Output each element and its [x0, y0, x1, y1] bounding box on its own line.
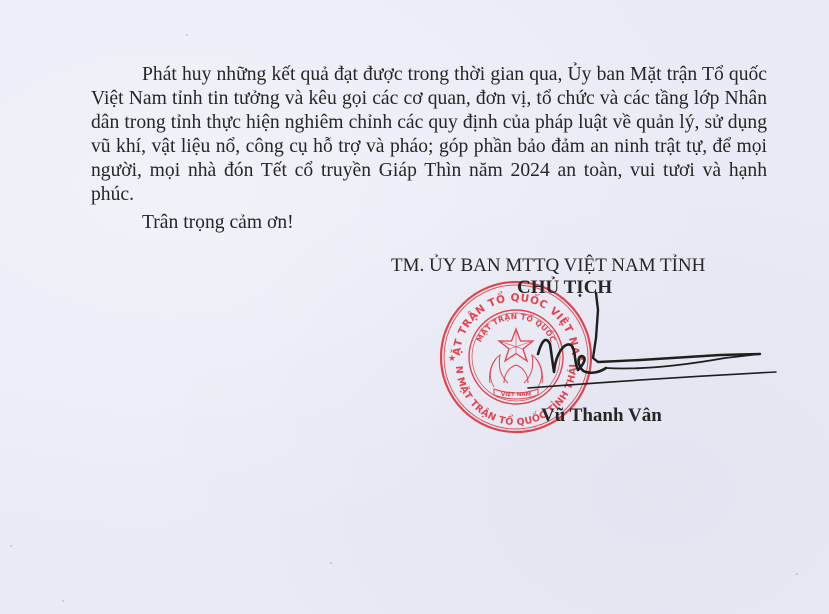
paper-speck: [10, 545, 12, 547]
paper-speck: [62, 600, 64, 602]
signer-name: Vũ Thanh Vân: [541, 404, 662, 428]
closing-line: Trân trọng cảm ơn!: [142, 211, 294, 235]
svg-text:★: ★: [448, 354, 456, 364]
paper-speck: [330, 562, 332, 564]
paper-speck: [796, 573, 798, 575]
handwritten-signature-icon: [520, 288, 780, 398]
body-paragraph: Phát huy những kết quả đạt được trong th…: [91, 63, 767, 207]
signature-organization: TM. ỦY BAN MTTQ VIỆT NAM TỈNH: [391, 255, 705, 277]
paper-speck: [186, 34, 188, 36]
